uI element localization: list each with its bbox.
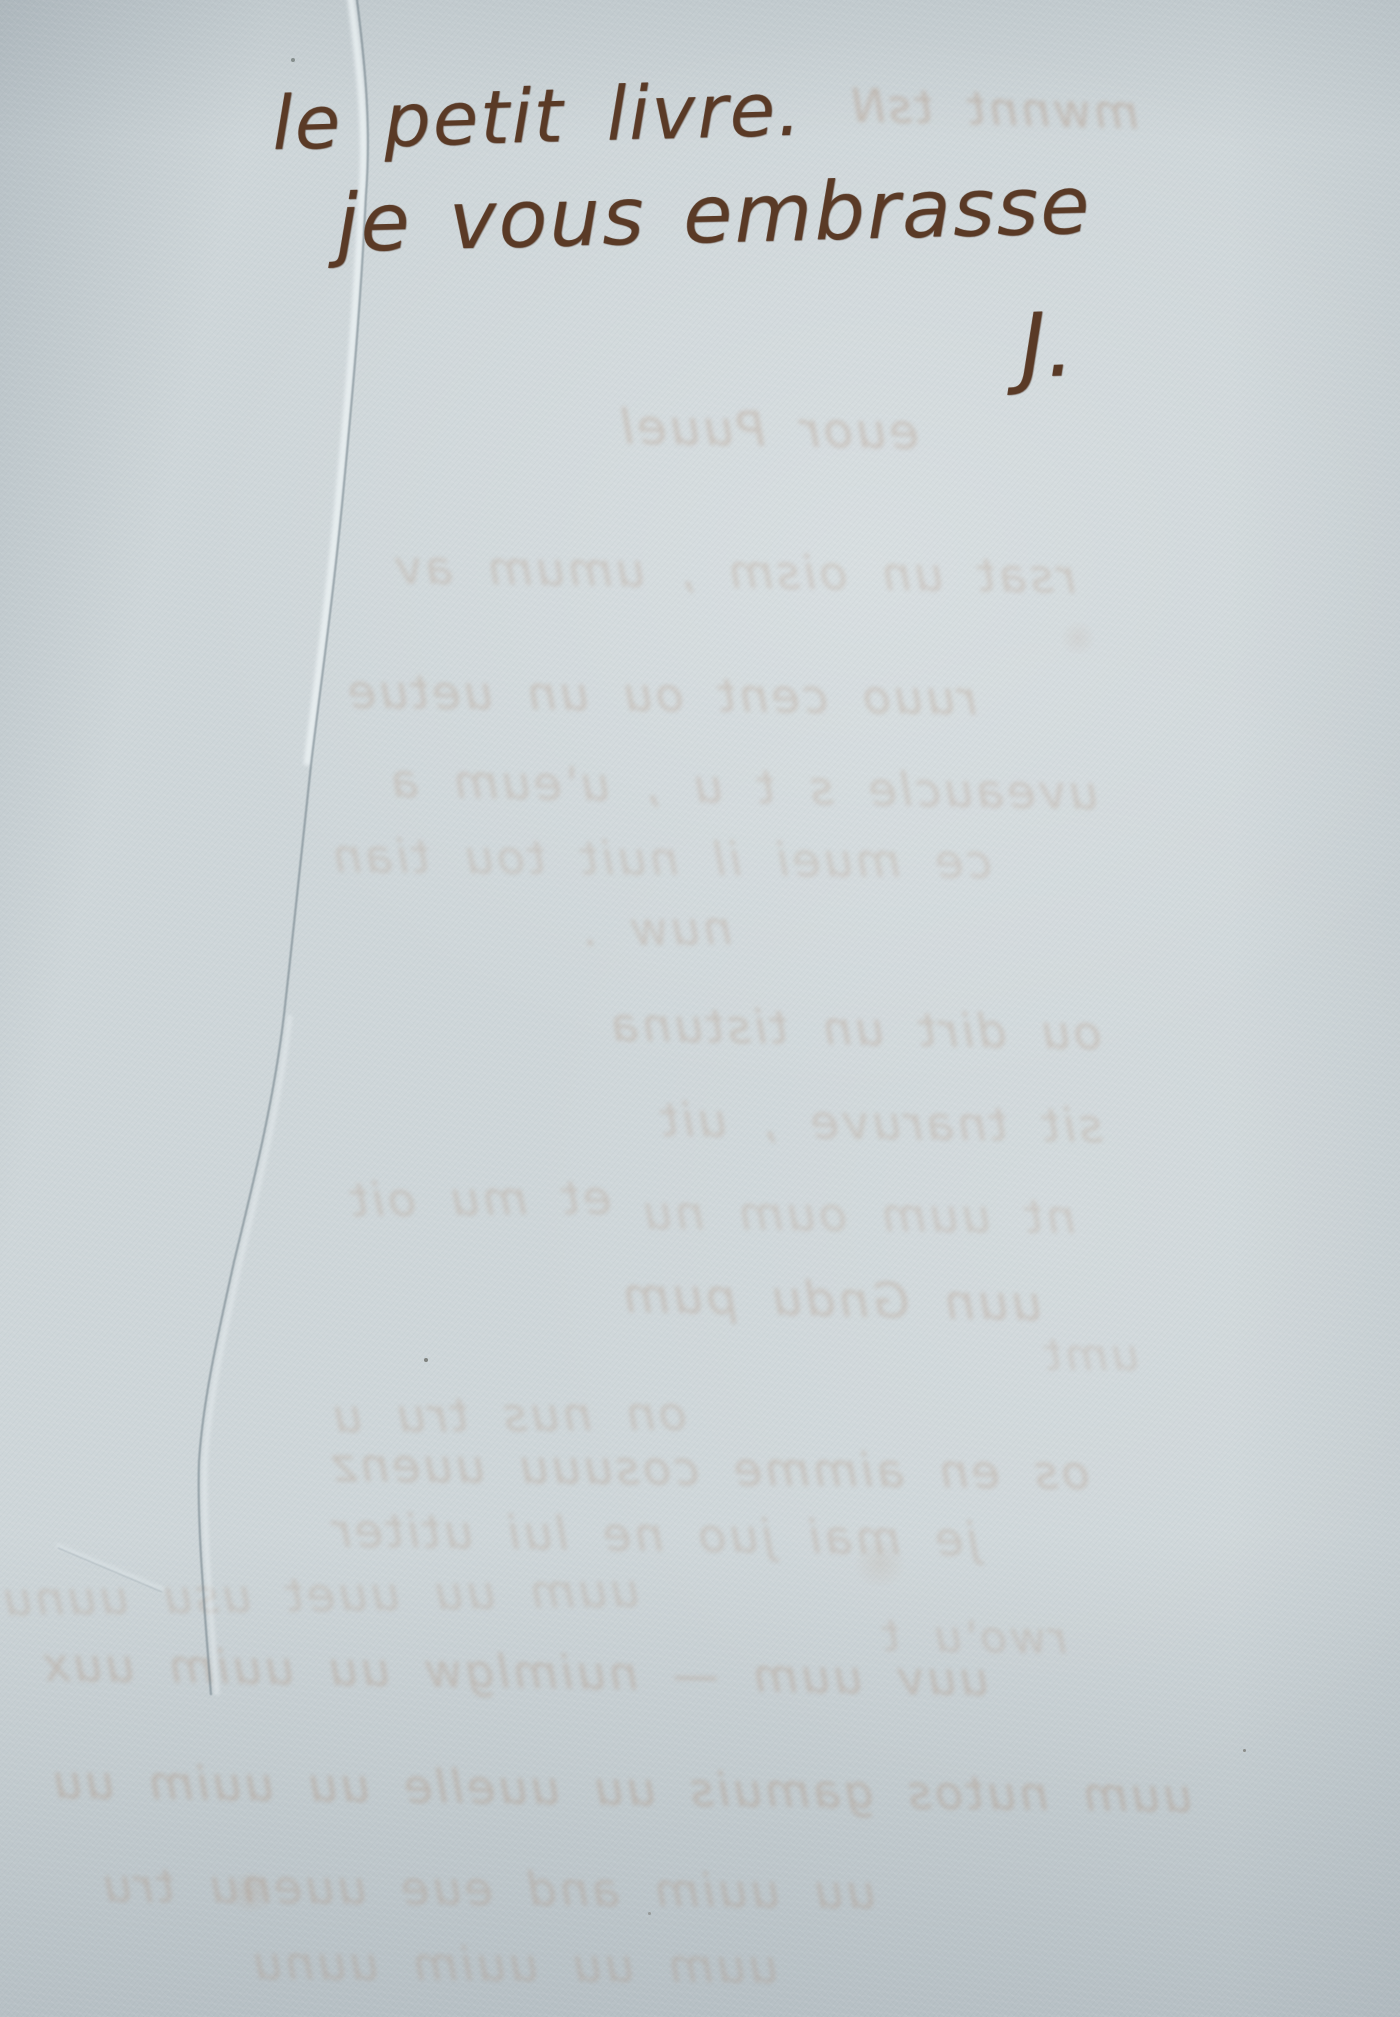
paper-crease (0, 0, 1400, 2017)
secondary-crease-line (58, 1548, 162, 1592)
paper-speck (648, 1912, 651, 1915)
handwriting-signature: J. (1018, 293, 1075, 398)
secondary-crease-highlight (56, 1545, 164, 1590)
handwriting-line-1: le petit livre. (271, 67, 804, 168)
paper-speck (1243, 1749, 1246, 1752)
handwriting-line-2: je vous embrasse (335, 159, 1092, 270)
paper-speck (424, 1358, 428, 1362)
photographed-letter: mwnnt tsNeuor Puuelrsat un oism , umum a… (0, 0, 1400, 2017)
paper-speck (291, 58, 295, 62)
crease-highlight-lower (205, 1015, 290, 1695)
